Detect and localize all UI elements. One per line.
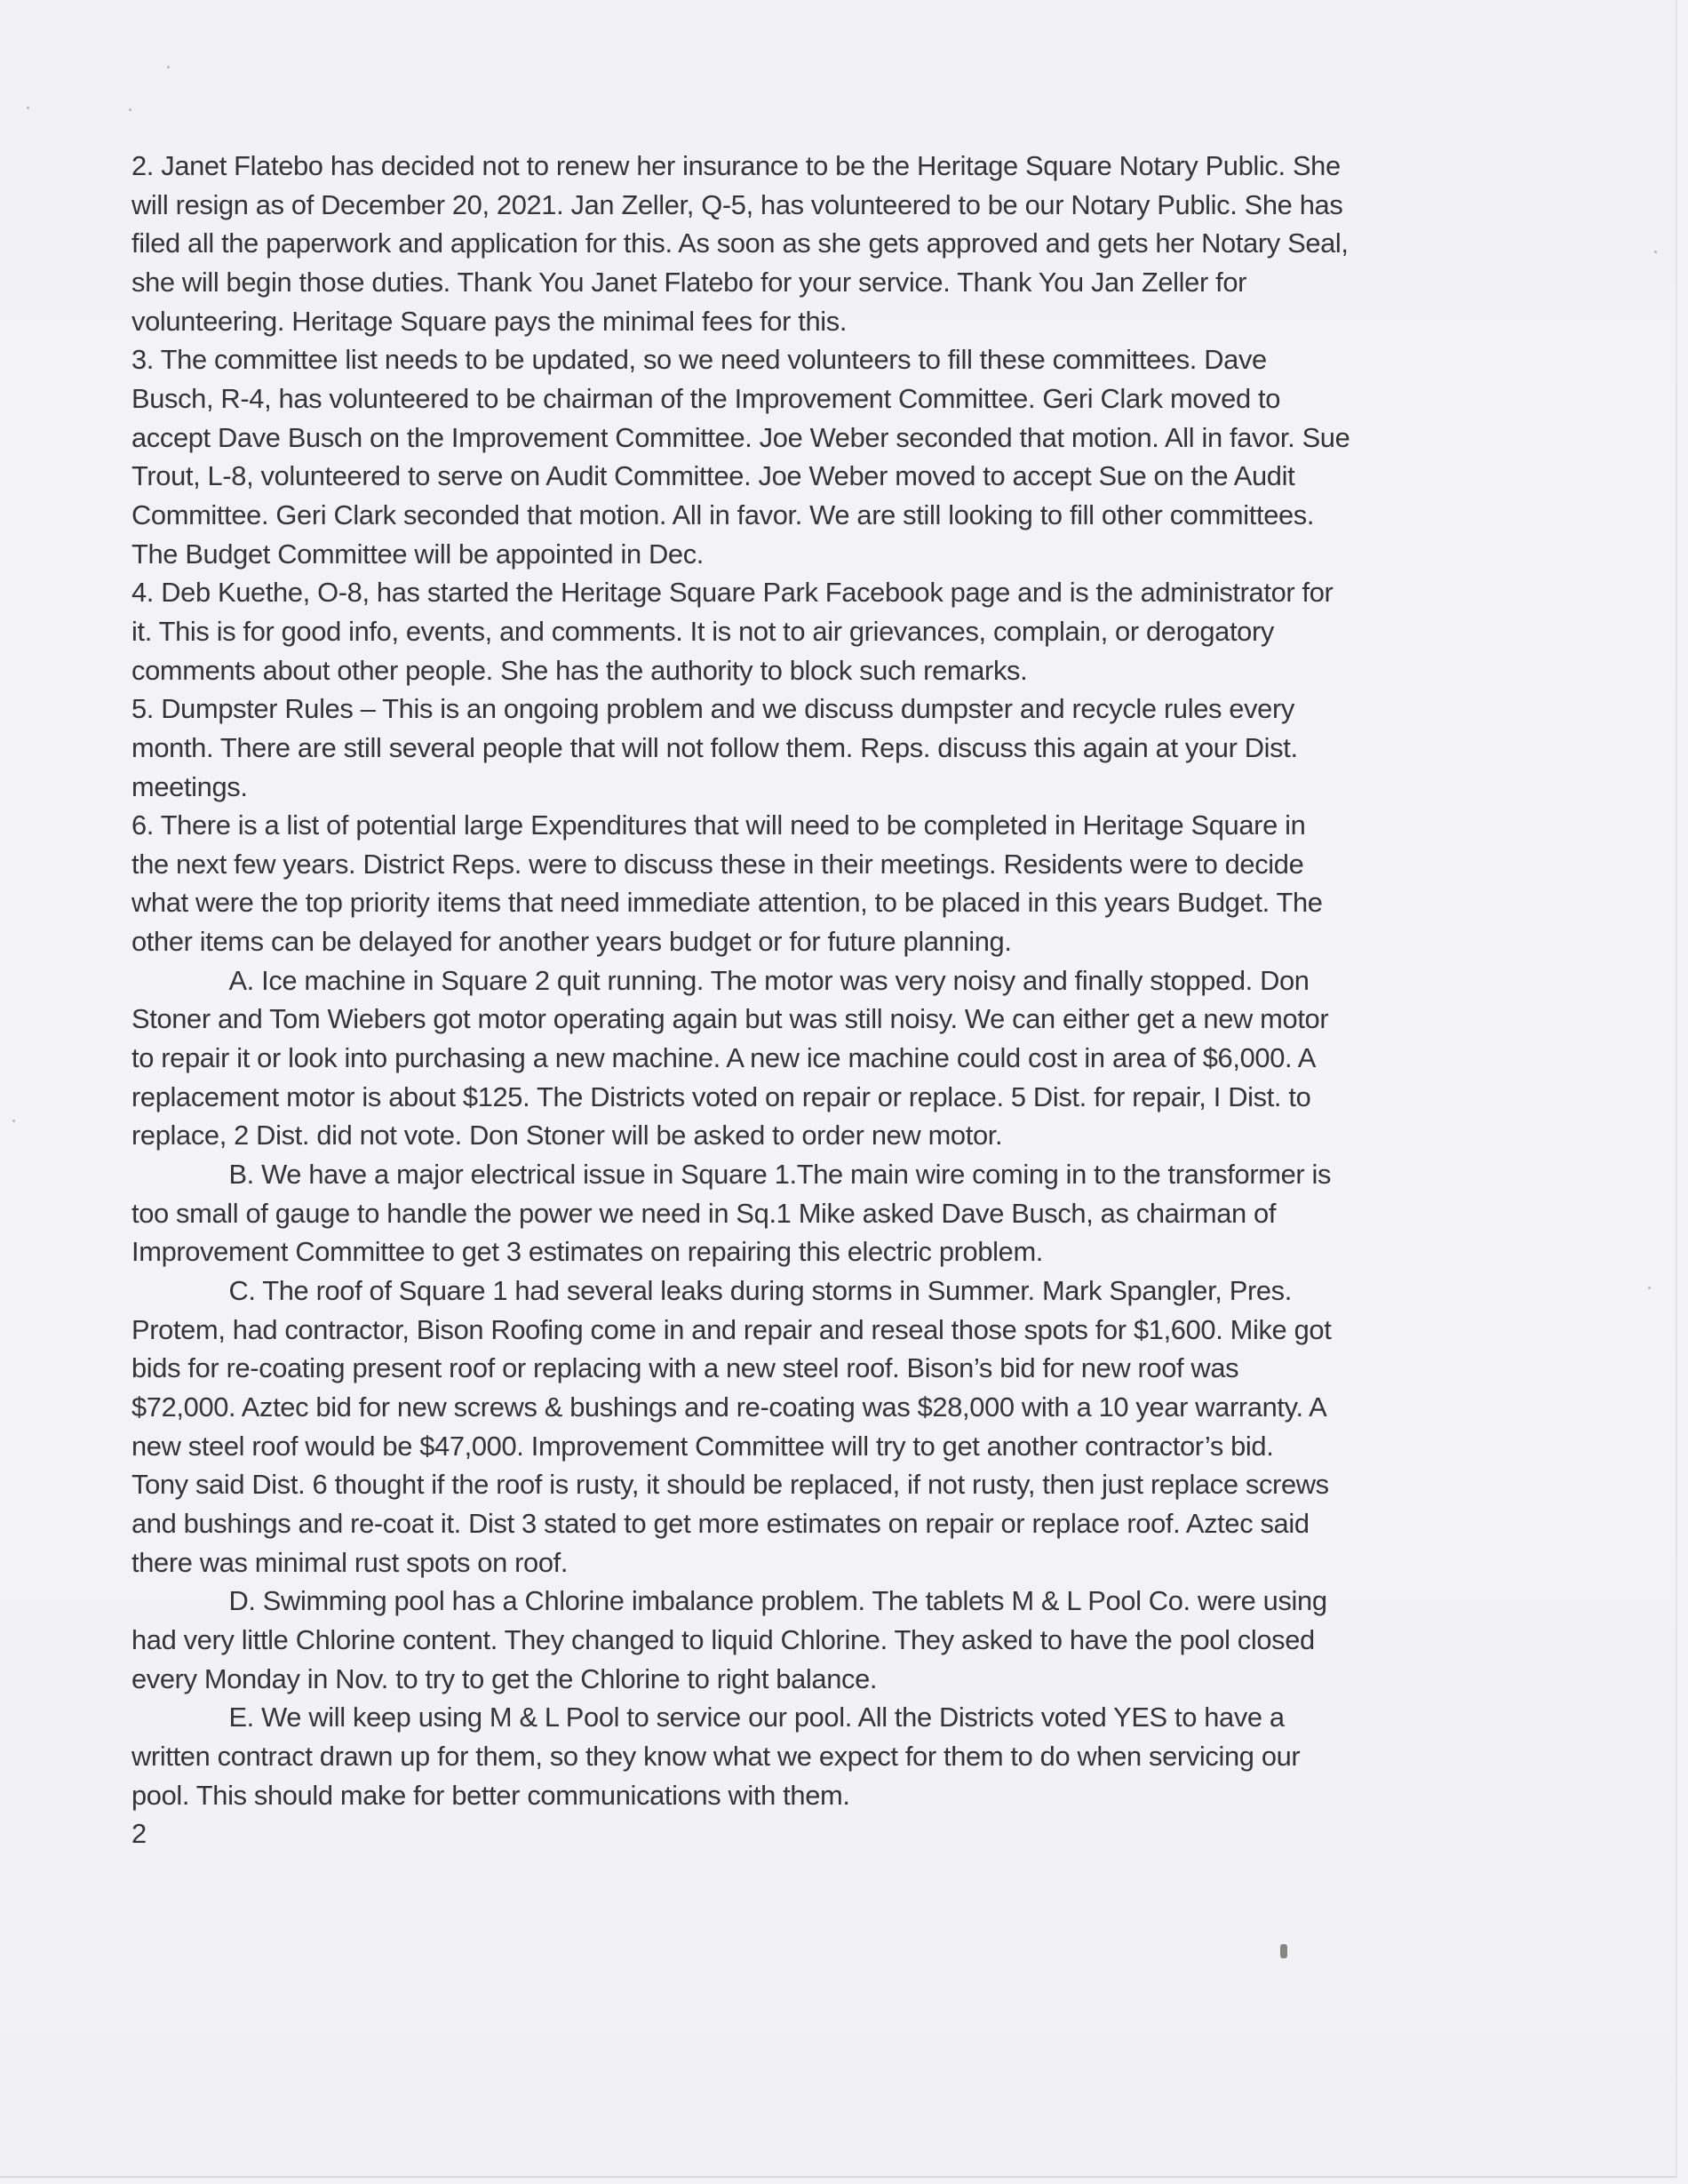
text-line: comments about other people. She has the… — [131, 651, 1510, 690]
text-line: E. We will keep using M & L Pool to serv… — [131, 1698, 1510, 1737]
paragraph-item-6e: E. We will keep using M & L Pool to serv… — [131, 1698, 1517, 1814]
text-line: Stoner and Tom Wiebers got motor operati… — [131, 1000, 1510, 1039]
text-line: pool. This should make for better commun… — [131, 1776, 1510, 1815]
paragraph-item-5: 5. Dumpster Rules – This is an ongoing p… — [131, 689, 1517, 806]
paragraph-item-6a: A. Ice machine in Square 2 quit running.… — [131, 961, 1517, 1155]
text-line: The Budget Committee will be appointed i… — [131, 535, 1510, 574]
text-line: 6. There is a list of potential large Ex… — [131, 806, 1510, 845]
text-line: replace, 2 Dist. did not vote. Don Stone… — [131, 1116, 1510, 1155]
text-line: C. The roof of Square 1 had several leak… — [131, 1271, 1510, 1311]
text-line: and bushings and re-coat it. Dist 3 stat… — [131, 1504, 1510, 1543]
text-line: Busch, R-4, has volunteered to be chairm… — [131, 379, 1510, 418]
text-line: it. This is for good info, events, and c… — [131, 612, 1510, 651]
scan-speck — [1280, 1944, 1287, 1958]
scan-dust — [167, 66, 170, 68]
text-line: Protem, had contractor, Bison Roofing co… — [131, 1311, 1510, 1350]
text-line: month. There are still several people th… — [131, 729, 1510, 768]
text-line: Committee. Geri Clark seconded that moti… — [131, 496, 1510, 535]
text-line: written contract drawn up for them, so t… — [131, 1737, 1510, 1776]
paragraph-item-2: 2. Janet Flatebo has decided not to rene… — [131, 147, 1517, 340]
scan-dust — [12, 1120, 15, 1122]
text-line: $72,000. Aztec bid for new screws & bush… — [131, 1388, 1510, 1427]
text-line: too small of gauge to handle the power w… — [131, 1194, 1510, 1233]
text-line: volunteering. Heritage Square pays the m… — [131, 302, 1510, 341]
document-body: 2. Janet Flatebo has decided not to rene… — [131, 147, 1517, 1853]
text-line: meetings. — [131, 768, 1510, 807]
text-line: the next few years. District Reps. were … — [131, 845, 1510, 884]
paragraph-item-6b: B. We have a major electrical issue in S… — [131, 1155, 1517, 1271]
text-line: to repair it or look into purchasing a n… — [131, 1039, 1510, 1078]
text-line: 4. Deb Kuethe, O-8, has started the Heri… — [131, 573, 1510, 612]
text-line: other items can be delayed for another y… — [131, 922, 1510, 961]
text-line: every Monday in Nov. to try to get the C… — [131, 1660, 1510, 1699]
scan-dust — [1654, 251, 1657, 253]
paragraph-item-3: 3. The committee list needs to be update… — [131, 340, 1517, 573]
paragraph-item-4: 4. Deb Kuethe, O-8, has started the Heri… — [131, 573, 1517, 689]
text-line: Improvement Committee to get 3 estimates… — [131, 1232, 1510, 1271]
text-line: replacement motor is about $125. The Dis… — [131, 1078, 1510, 1117]
text-line: Trout, L-8, volunteered to serve on Audi… — [131, 457, 1510, 496]
text-line: B. We have a major electrical issue in S… — [131, 1155, 1510, 1194]
scanned-page: 2. Janet Flatebo has decided not to rene… — [0, 0, 1677, 2178]
paragraph-item-6c: C. The roof of Square 1 had several leak… — [131, 1271, 1517, 1582]
paragraph-item-6d: D. Swimming pool has a Chlorine imbalanc… — [131, 1582, 1517, 1698]
page-number: 2 — [131, 1814, 1510, 1853]
text-line: will resign as of December 20, 2021. Jan… — [131, 186, 1510, 225]
text-line: there was minimal rust spots on roof. — [131, 1543, 1510, 1582]
text-line: new steel roof would be $47,000. Improve… — [131, 1427, 1510, 1466]
text-line: A. Ice machine in Square 2 quit running.… — [131, 961, 1510, 1000]
text-line: had very little Chlorine content. They c… — [131, 1621, 1510, 1660]
paragraph-item-6: 6. There is a list of potential large Ex… — [131, 806, 1517, 961]
text-line: she will begin those duties. Thank You J… — [131, 263, 1510, 302]
text-line: filed all the paperwork and application … — [131, 224, 1510, 263]
text-line: 2. Janet Flatebo has decided not to rene… — [131, 147, 1510, 186]
text-line: what were the top priority items that ne… — [131, 883, 1510, 922]
text-line: accept Dave Busch on the Improvement Com… — [131, 418, 1510, 458]
text-line: D. Swimming pool has a Chlorine imbalanc… — [131, 1582, 1510, 1621]
scan-dust — [1648, 1287, 1651, 1289]
text-line: Tony said Dist. 6 thought if the roof is… — [131, 1465, 1510, 1504]
scan-dust — [129, 108, 131, 111]
text-line: bids for re-coating present roof or repl… — [131, 1349, 1510, 1388]
scan-dust — [27, 107, 29, 109]
text-line: 5. Dumpster Rules – This is an ongoing p… — [131, 689, 1510, 729]
text-line: 3. The committee list needs to be update… — [131, 340, 1510, 379]
